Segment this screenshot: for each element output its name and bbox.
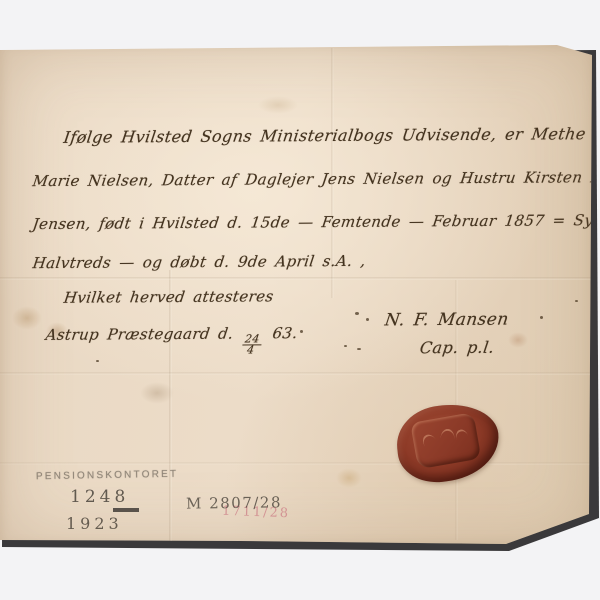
stamp-underline-bar (113, 508, 139, 512)
wax-seal (393, 400, 502, 486)
handwritten-line-1: Ifølge Hvilsted Sogns Ministerialbogs Ud… (62, 124, 587, 147)
signature-name: N. F. Mansen (384, 310, 510, 331)
ink-speck (300, 330, 303, 333)
fold-crease-horizontal-upper (0, 277, 592, 280)
fold-crease-horizontal-lower (0, 462, 592, 465)
foxing-stain (140, 382, 174, 404)
scanned-document-page: Ifølge Hvilsted Sogns Ministerialbogs Ud… (0, 0, 600, 600)
foxing-stain (12, 306, 42, 330)
seal-emboss-mark (454, 428, 471, 448)
paper-sheet: Ifølge Hvilsted Sogns Ministerialbogs Ud… (0, 0, 600, 600)
date-fraction-month: 4 (246, 345, 255, 355)
ink-speck (540, 316, 543, 319)
wax-seal-plateau (410, 412, 481, 469)
ink-speck (355, 312, 359, 315)
ink-speck (366, 318, 369, 321)
seal-emboss-mark (420, 432, 441, 454)
dateline-year: 63. (271, 324, 298, 342)
journal-number-stamp: M 2807/28 (186, 493, 282, 512)
seal-emboss-mark (440, 429, 455, 449)
handwritten-line-4: Halvtreds — og døbt d. 9de April s.A. , (32, 252, 367, 272)
foxing-stain (336, 468, 362, 488)
ink-speck (357, 348, 361, 350)
ink-speck (96, 360, 99, 362)
fold-crease-horizontal-middle (0, 372, 592, 375)
dateline: Astrup Præstegaard d. 24 4 63. (43, 324, 299, 357)
red-overstamp: 1711/28 (222, 504, 290, 521)
attestation-line: Hvilket herved attesteres (63, 287, 275, 306)
signature-title: Cap. p.l. (419, 338, 496, 358)
ink-speck (344, 345, 347, 347)
fold-crease-vertical-left (169, 270, 172, 542)
stamp-year-1923: 1923 (66, 514, 123, 533)
handwritten-line-3: Jensen, født i Hvilsted d. 15de — Femten… (32, 211, 600, 233)
foxing-stain (258, 96, 298, 114)
dateline-place: Astrup Præstegaard d. (45, 325, 235, 344)
foxing-stain (508, 332, 528, 348)
stamp-number-1248: 1248 (70, 487, 129, 507)
ink-speck (575, 300, 578, 302)
pension-office-stamp: PENSIONSKONTORET (36, 469, 178, 482)
date-fraction: 24 4 (241, 334, 263, 355)
handwritten-line-2: Marie Nielsen, Datter af Daglejer Jens N… (32, 168, 600, 190)
